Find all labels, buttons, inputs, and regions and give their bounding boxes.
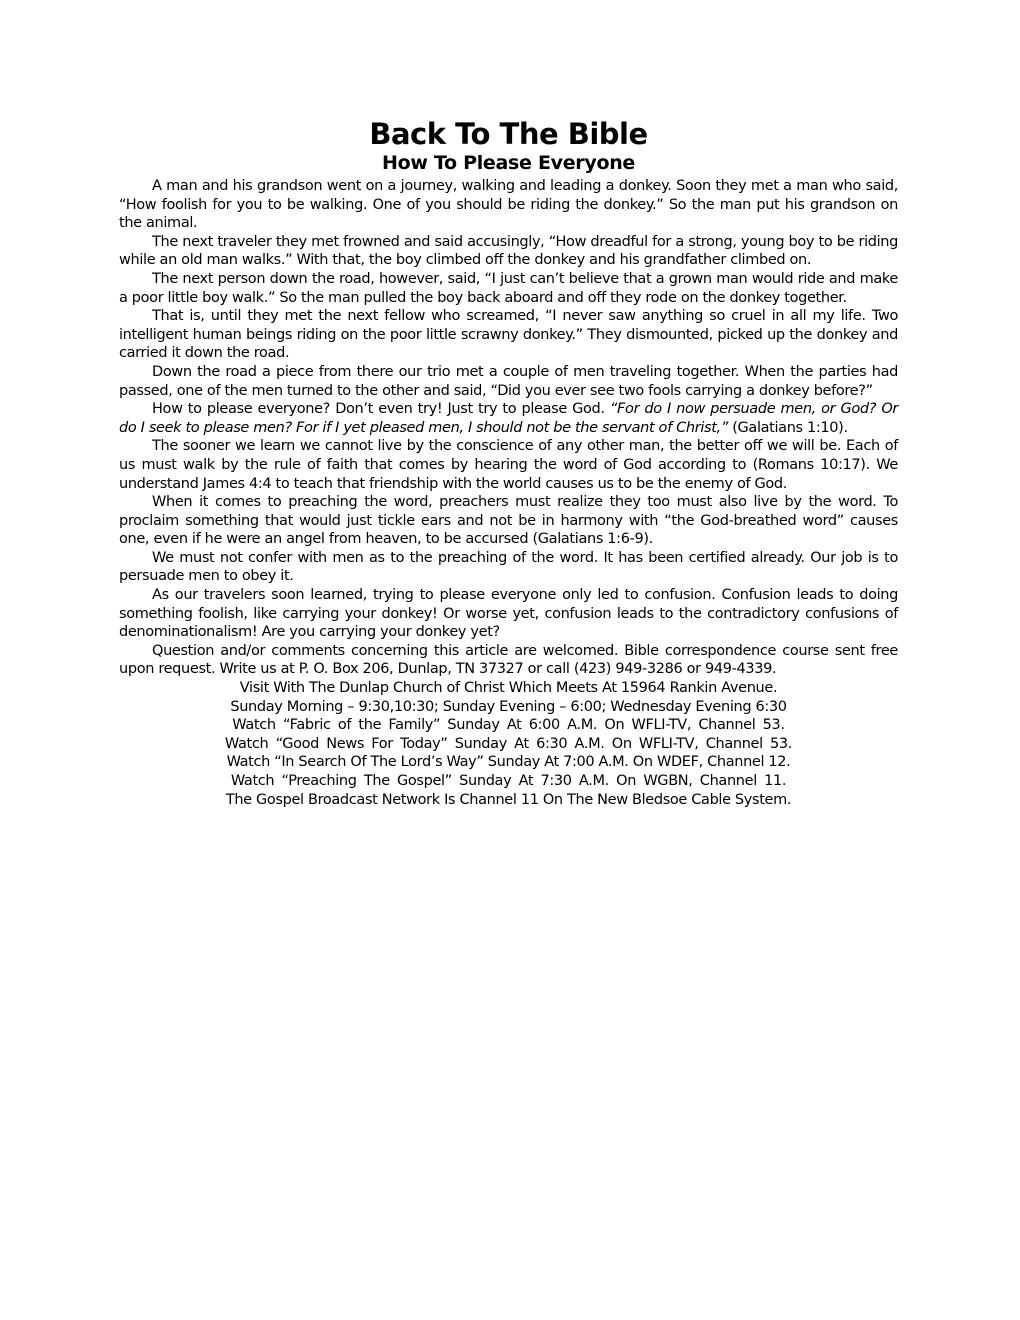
paragraph-text: Question and/or comments concerning this… bbox=[119, 643, 898, 678]
document-subtitle: How To Please Everyone bbox=[119, 151, 898, 175]
paragraph: That is, until they met the next fellow … bbox=[119, 307, 898, 363]
paragraph: The next person down the road, however, … bbox=[119, 270, 898, 307]
paragraph-text: The next traveler they met frowned and s… bbox=[119, 234, 898, 269]
paragraph-text: The next person down the road, however, … bbox=[119, 271, 898, 306]
paragraph: When it comes to preaching the word, pre… bbox=[119, 493, 898, 549]
paragraph-text: The sooner we learn we cannot live by th… bbox=[119, 438, 898, 491]
paragraph: Question and/or comments concerning this… bbox=[119, 642, 898, 679]
footer-line: Watch “Good News For Today” Sunday At 6:… bbox=[119, 735, 898, 754]
paragraph: We must not confer with men as to the pr… bbox=[119, 549, 898, 586]
paragraph-text: That is, until they met the next fellow … bbox=[119, 308, 898, 361]
article-body: A man and his grandson went on a journey… bbox=[119, 177, 898, 679]
paragraph: A man and his grandson went on a journey… bbox=[119, 177, 898, 233]
paragraph-text: As our travelers soon learned, trying to… bbox=[119, 587, 898, 640]
footer-line: Visit With The Dunlap Church of Christ W… bbox=[119, 679, 898, 698]
paragraph: As our travelers soon learned, trying to… bbox=[119, 586, 898, 642]
document-page: Back To The Bible How To Please Everyone… bbox=[0, 0, 1020, 1320]
paragraph: The sooner we learn we cannot live by th… bbox=[119, 437, 898, 493]
paragraph: How to please everyone? Don’t even try! … bbox=[119, 400, 898, 437]
paragraph-text: When it comes to preaching the word, pre… bbox=[119, 494, 898, 547]
paragraph-text: (Galatians 1:10). bbox=[728, 420, 848, 436]
footer-line: Watch “Preaching The Gospel” Sunday At 7… bbox=[119, 772, 898, 791]
paragraph: The next traveler they met frowned and s… bbox=[119, 233, 898, 270]
footer-block: Visit With The Dunlap Church of Christ W… bbox=[119, 679, 898, 809]
footer-line: Watch “Fabric of the Family” Sunday At 6… bbox=[119, 716, 898, 735]
paragraph-text: How to please everyone? Don’t even try! … bbox=[152, 401, 610, 417]
paragraph-text: We must not confer with men as to the pr… bbox=[119, 550, 898, 585]
footer-line: Watch “In Search Of The Lord’s Way” Sund… bbox=[119, 753, 898, 772]
paragraph: Down the road a piece from there our tri… bbox=[119, 363, 898, 400]
footer-line: Sunday Morning – 9:30,10:30; Sunday Even… bbox=[119, 698, 898, 717]
paragraph-text: A man and his grandson went on a journey… bbox=[119, 178, 898, 231]
paragraph-text: Down the road a piece from there our tri… bbox=[119, 364, 898, 399]
document-title: Back To The Bible bbox=[119, 117, 898, 151]
footer-line: The Gospel Broadcast Network Is Channel … bbox=[119, 791, 898, 810]
